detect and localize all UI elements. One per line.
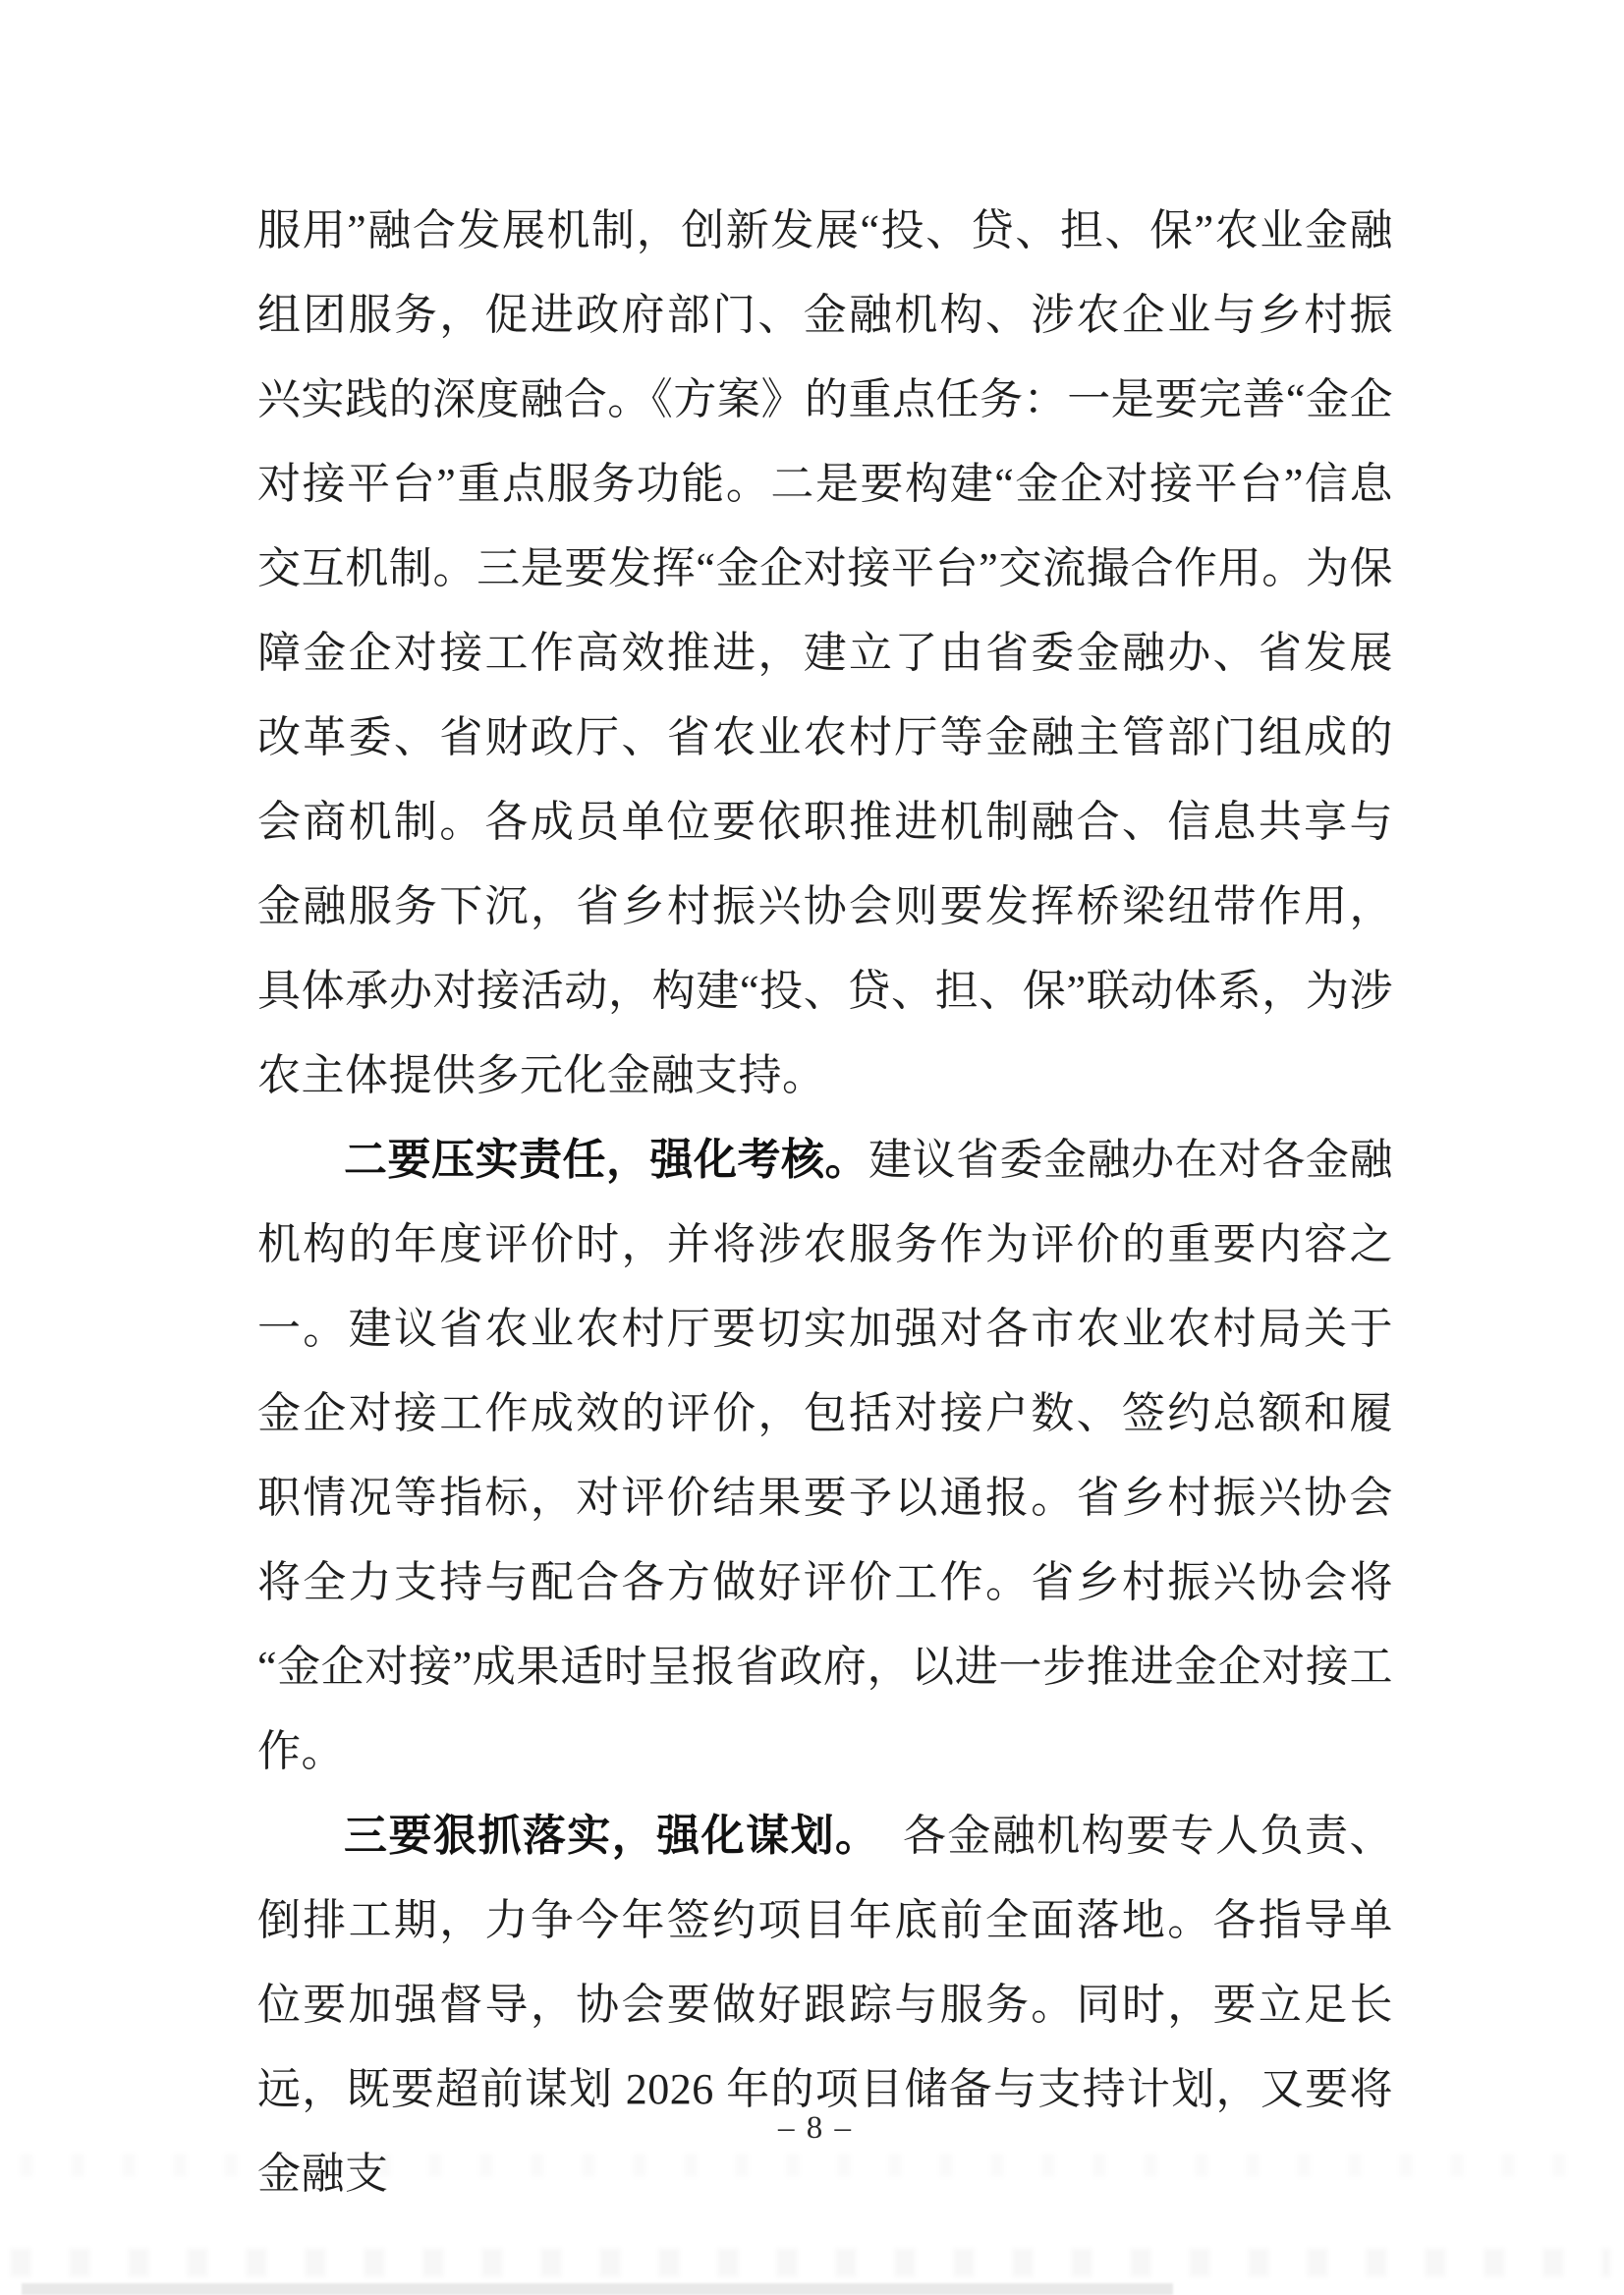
document-body: 服用”融合发展机制，创新发展“投、贷、担、保”农业金融组团服务，促进政府部门、金… (257, 189, 1393, 2216)
scan-artifact-ghost-text (10, 2248, 1611, 2277)
page-number: – 8 – (0, 2110, 1624, 2147)
document-page: 服用”融合发展机制，创新发展“投、贷、担、保”农业金融组团服务，促进政府部门、金… (0, 0, 1624, 2295)
paragraph-lead-bold: 三要狠抓落实，强化谋划。 (344, 1812, 858, 1860)
paragraph-lead-bold: 二要压实责任，强化考核。 (344, 1136, 868, 1184)
paragraph: 服用”融合发展机制，创新发展“投、贷、担、保”农业金融组团服务，促进政府部门、金… (257, 189, 1393, 1118)
paragraph-text: 建议省委金融办在对各金融机构的年度评价时，并将涉农服务作为评价的重要内容之一。建… (257, 1136, 1393, 1775)
paragraph: 三要狠抓落实，强化谋划。 各金融机构要专人负责、倒排工期，力争今年签约项目年底前… (257, 1794, 1393, 2216)
paragraph: 二要压实责任，强化考核。建议省委金融办在对各金融机构的年度评价时，并将涉农服务作… (257, 1118, 1393, 1794)
paragraph-text: 服用”融合发展机制，创新发展“投、贷、担、保”农业金融组团服务，促进政府部门、金… (257, 206, 1393, 1099)
scan-artifact-band (22, 2283, 1173, 2295)
